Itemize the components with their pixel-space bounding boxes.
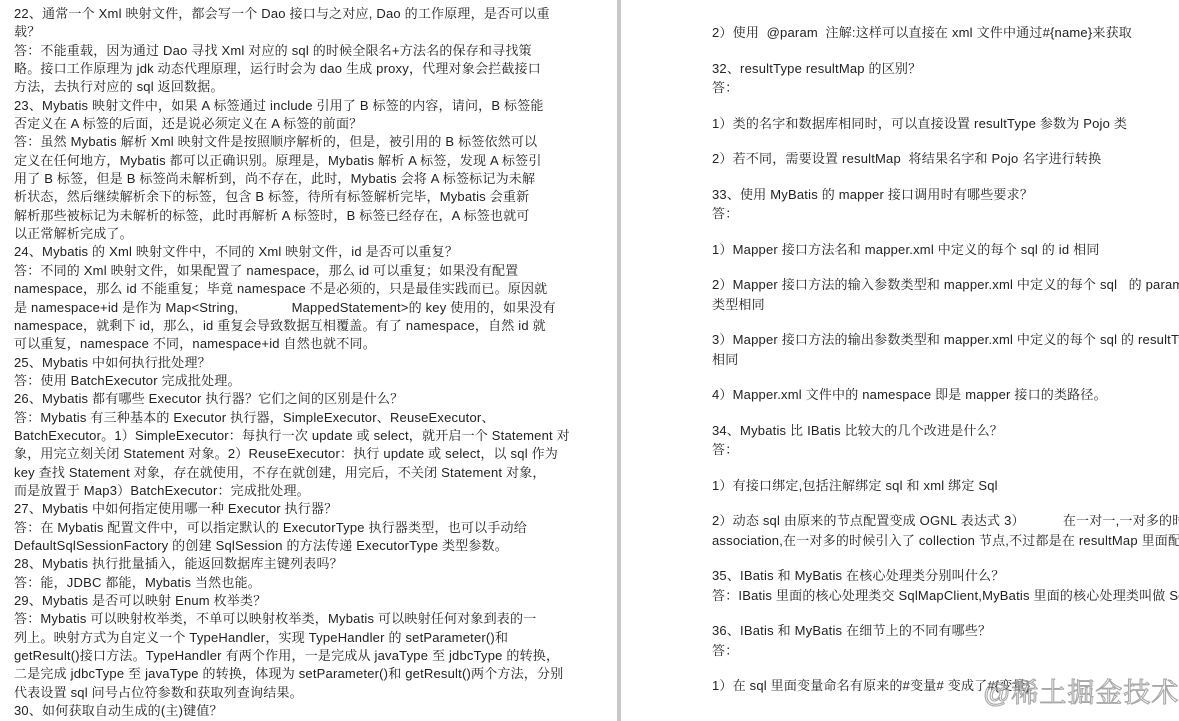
text-line: 答： <box>712 641 1179 661</box>
text-line: 相同 <box>712 350 1179 370</box>
text-line: 而是放置于 Map3）BatchExecutor：完成批处理。 <box>14 482 617 500</box>
text-line: 1）类的名字和数据库相同时，可以直接设置 resultType 参数为 Pojo… <box>712 114 1179 134</box>
paragraph-block: 1）在 sql 里面变量命名有原来的#变量# 变成了#{变量} <box>712 676 1179 696</box>
text-line: 答： <box>712 78 1179 98</box>
text-line: 27、Mybatis 中如何指定使用哪一种 Executor 执行器？ <box>14 500 617 518</box>
text-line: 答：在 Mybatis 配置文件中，可以指定默认的 ExecutorType 执… <box>14 519 617 537</box>
text-line: 24、Mybatis 的 Xml 映射文件中，不同的 Xml 映射文件，id 是… <box>14 243 617 261</box>
text-line: 列上。映射方式为自定义一个 TypeHandler，实现 TypeHandler… <box>14 629 617 647</box>
document-canvas: 22、通常一个 Xml 映射文件，都会写一个 Dao 接口与之对应, Dao 的… <box>0 0 1179 721</box>
text-line: 类型相同 <box>712 295 1179 315</box>
text-line: 26、Mybatis 都有哪些 Executor 执行器？它们之间的区别是什么？ <box>14 390 617 408</box>
text-line: 答：Mybatis 可以映射枚举类，不单可以映射枚举类，Mybatis 可以映射… <box>14 610 617 628</box>
page-right: 2）使用 @param 注解:这样可以直接在 xml 文件中通过#{name}来… <box>621 0 1179 721</box>
text-line: 答：不同的 Xml 映射文件，如果配置了 namespace，那么 id 可以重… <box>14 262 617 280</box>
paragraph-block: 2）使用 @param 注解:这样可以直接在 xml 文件中通过#{name}来… <box>712 23 1179 43</box>
text-line: 否定义在 A 标签的后面，还是说必须定义在 A 标签的前面？ <box>14 115 617 133</box>
paragraph-block: 2）Mapper 接口方法的输入参数类型和 mapper.xml 中定义的每个 … <box>712 275 1179 314</box>
text-line: 4）Mapper.xml 文件中的 namespace 即是 mapper 接口… <box>712 385 1179 405</box>
text-line: 是 namespace+id 是作为 Map<String, MappedSta… <box>14 299 617 317</box>
text-line: 1）Mapper 接口方法名和 mapper.xml 中定义的每个 sql 的 … <box>712 240 1179 260</box>
text-line: 32、resultType resultMap 的区别？ <box>712 59 1179 79</box>
text-line: 答：不能重载，因为通过 Dao 寻找 Xml 对应的 sql 的时候全限名+方法… <box>14 42 617 60</box>
text-line: 答：虽然 Mybatis 解析 Xml 映射文件是按照顺序解析的，但是，被引用的… <box>14 133 617 151</box>
text-line: 答： <box>712 204 1179 224</box>
text-line: namespace，那么 id 不能重复；毕竟 namespace 不是必须的，… <box>14 280 617 298</box>
text-line: namespace，就剩下 id，那么，id 重复会导致数据互相覆盖。有了 na… <box>14 317 617 335</box>
paragraph-block: 2）动态 sql 由原来的节点配置变成 OGNL 表达式 3） 在一对一,一对多… <box>712 511 1179 550</box>
text-line: key 查找 Statement 对象，存在就使用，不存在就创建，用完后，不关闭… <box>14 464 617 482</box>
paragraph-block: 4）Mapper.xml 文件中的 namespace 即是 mapper 接口… <box>712 385 1179 405</box>
text-line: 答： <box>712 440 1179 460</box>
text-line: 34、Mybatis 比 IBatis 比较大的几个改进是什么？ <box>712 421 1179 441</box>
paragraph-block: 1）类的名字和数据库相同时，可以直接设置 resultType 参数为 Pojo… <box>712 114 1179 134</box>
text-line: 答：使用 BatchExecutor 完成批处理。 <box>14 372 617 390</box>
text-line: 用了 B 标签，但是 B 标签尚未解析到，尚不存在，此时，Mybatis 会将 … <box>14 170 617 188</box>
text-line: 析状态，然后继续解析余下的标签，包含 B 标签，待所有标签解析完毕，Mybati… <box>14 188 617 206</box>
text-line: 2）若不同，需要设置 resultMap 将结果名字和 Pojo 名字进行转换 <box>712 149 1179 169</box>
paragraph-block: 2）若不同，需要设置 resultMap 将结果名字和 Pojo 名字进行转换 <box>712 149 1179 169</box>
text-line: 答：Mybatis 有三种基本的 Executor 执行器，SimpleExec… <box>14 409 617 427</box>
text-line: 方法，去执行对应的 sql 返回数据。 <box>14 78 617 96</box>
text-line: 略。接口工作原理为 jdk 动态代理原理，运行时会为 dao 生成 proxy，… <box>14 60 617 78</box>
text-line: 28、Mybatis 执行批量插入，能返回数据库主键列表吗？ <box>14 555 617 573</box>
text-line: 2）使用 @param 注解:这样可以直接在 xml 文件中通过#{name}来… <box>712 23 1179 43</box>
text-line: 二是完成 jdbcType 至 javaType 的转换，体现为 setPara… <box>14 665 617 683</box>
text-line: 2）Mapper 接口方法的输入参数类型和 mapper.xml 中定义的每个 … <box>712 275 1179 295</box>
text-line: 23、Mybatis 映射文件中，如果 A 标签通过 include 引用了 B… <box>14 97 617 115</box>
text-line: association,在一对多的时候引入了 collection 节点,不过都… <box>712 531 1179 551</box>
paragraph-block: 33、使用 MyBatis 的 mapper 接口调用时有哪些要求？答： <box>712 185 1179 224</box>
paragraph-block: 3）Mapper 接口方法的输出参数类型和 mapper.xml 中定义的每个 … <box>712 330 1179 369</box>
text-line: 载？ <box>14 23 617 41</box>
paragraph-block: 36、IBatis 和 MyBatis 在细节上的不同有哪些？答： <box>712 621 1179 660</box>
text-line: 22、通常一个 Xml 映射文件，都会写一个 Dao 接口与之对应, Dao 的… <box>14 5 617 23</box>
text-line: 1）有接口绑定,包括注解绑定 sql 和 xml 绑定 Sql <box>712 476 1179 496</box>
text-line: 3）Mapper 接口方法的输出参数类型和 mapper.xml 中定义的每个 … <box>712 330 1179 350</box>
text-line: 2）动态 sql 由原来的节点配置变成 OGNL 表达式 3） 在一对一,一对多… <box>712 511 1179 531</box>
page-left: 22、通常一个 Xml 映射文件，都会写一个 Dao 接口与之对应, Dao 的… <box>0 0 617 721</box>
text-line: getResult()接口方法。TypeHandler 有两个作用，一是完成从 … <box>14 647 617 665</box>
text-line: DefaultSqlSessionFactory 的创建 SqlSession … <box>14 537 617 555</box>
paragraph-block: 35、IBatis 和 MyBatis 在核心处理类分别叫什么？答：IBatis… <box>712 566 1179 605</box>
text-line: 1）在 sql 里面变量命名有原来的#变量# 变成了#{变量} <box>712 676 1179 696</box>
text-line: 解析那些被标记为未解析的标签，此时再解析 A 标签时，B 标签已经存在，A 标签… <box>14 207 617 225</box>
text-line: 33、使用 MyBatis 的 mapper 接口调用时有哪些要求？ <box>712 185 1179 205</box>
text-line: 29、Mybatis 是否可以映射 Enum 枚举类？ <box>14 592 617 610</box>
text-line: 可以重复，namespace 不同，namespace+id 自然也就不同。 <box>14 335 617 353</box>
text-line: 35、IBatis 和 MyBatis 在核心处理类分别叫什么？ <box>712 566 1179 586</box>
text-line: 定义在任何地方，Mybatis 都可以正确识别。原理是，Mybatis 解析 A… <box>14 152 617 170</box>
text-line: 30、如何获取自动生成的(主)键值？ <box>14 702 617 720</box>
text-line: 象，用完立刻关闭 Statement 对象。2）ReuseExecutor：执行… <box>14 445 617 463</box>
text-line: 36、IBatis 和 MyBatis 在细节上的不同有哪些？ <box>712 621 1179 641</box>
paragraph-block: 1）Mapper 接口方法名和 mapper.xml 中定义的每个 sql 的 … <box>712 240 1179 260</box>
text-line: 答：能，JDBC 都能，Mybatis 当然也能。 <box>14 574 617 592</box>
paragraph-block: 1）有接口绑定,包括注解绑定 sql 和 xml 绑定 Sql <box>712 476 1179 496</box>
text-line: 以正常解析完成了。 <box>14 225 617 243</box>
paragraph-block: 34、Mybatis 比 IBatis 比较大的几个改进是什么？答： <box>712 421 1179 460</box>
text-line: BatchExecutor。1）SimpleExecutor：每执行一次 upd… <box>14 427 617 445</box>
text-line: 代表设置 sql 问号占位符参数和获取列查询结果。 <box>14 684 617 702</box>
text-line: 25、Mybatis 中如何执行批处理？ <box>14 354 617 372</box>
paragraph-block: 32、resultType resultMap 的区别？答： <box>712 59 1179 98</box>
text-line: 答：IBatis 里面的核心处理类交 SqlMapClient,MyBatis … <box>712 586 1179 606</box>
